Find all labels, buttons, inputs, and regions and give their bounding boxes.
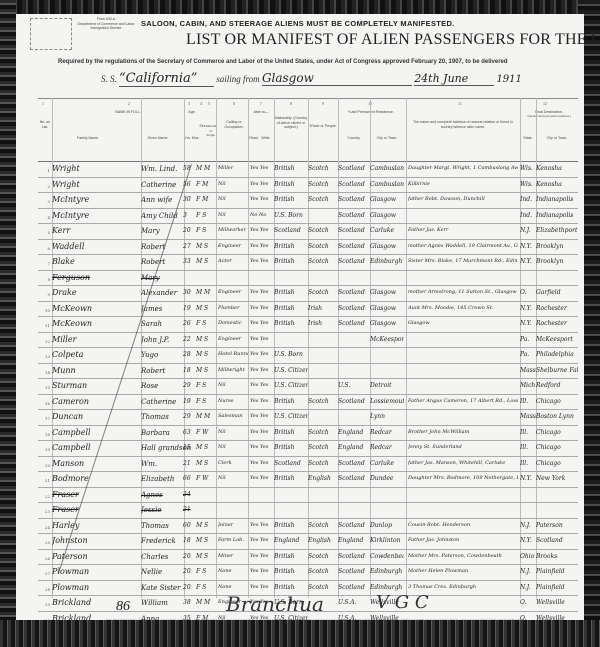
age: 3	[183, 212, 197, 219]
sex-status: M S	[196, 522, 212, 529]
header-dest-city: City or Town.	[536, 136, 578, 141]
age: 21	[183, 506, 197, 513]
occupation: Domestic	[218, 320, 248, 326]
family-name: Ferguson	[52, 273, 137, 282]
destination-city: Chicago	[536, 398, 578, 405]
table-row: 4 McIntyre Amy Child 3 F S Nil No No U.S…	[38, 209, 578, 225]
table-row: 5 Kerr Mary 20 F S Millworker Yes Yes Sc…	[38, 224, 578, 240]
race: Scotch	[308, 181, 338, 188]
age: 15	[183, 444, 197, 451]
row-number: 15	[38, 385, 50, 390]
residence-country: Scotland	[338, 553, 370, 560]
nationality: U.S. Born	[274, 212, 308, 219]
nationality: British	[274, 243, 308, 250]
destination-state: N.Y.	[520, 243, 536, 250]
row-number: 24	[38, 525, 50, 530]
table-row: 14 Munn Robert 18 M S Millwright Yes Yes…	[38, 364, 578, 380]
table-row: 18 Campbell Barbara 63 F W Nil Yes Yes B…	[38, 426, 578, 442]
header-write: Write.	[260, 136, 272, 141]
read-write: Yes Yes	[250, 320, 272, 326]
residence-city: Redcar	[370, 444, 404, 451]
age: 20	[183, 553, 197, 560]
ship-name: “California”	[119, 71, 214, 87]
header-family-name: Family Name.	[58, 136, 118, 141]
destination-state: Ind.	[520, 196, 536, 203]
family-name: Fraser	[52, 505, 137, 514]
given-name: Mary	[141, 274, 201, 282]
residence-country: Scotland	[338, 227, 370, 234]
residence-city: Kirklinton	[370, 537, 404, 544]
destination-state: N.Y.	[520, 258, 536, 265]
residence-country: Scotland	[338, 568, 370, 575]
family-name: Miller	[52, 335, 137, 344]
residence-country: Scotland	[338, 475, 370, 482]
destination-city: Philadelphia	[536, 351, 578, 358]
residence-city: Dundee	[370, 475, 404, 482]
family-name: Harley	[52, 521, 137, 530]
header-married: Married or Single.	[206, 124, 216, 138]
age: 18	[183, 537, 197, 544]
destination-state: Wis.	[520, 181, 536, 188]
residence-city: Glasgow	[370, 289, 404, 296]
read-write: Yes Yes	[250, 181, 272, 187]
race: Scotch	[308, 243, 338, 250]
header-race: †Race or People.	[308, 124, 338, 129]
destination-city: Rochester	[536, 305, 578, 312]
residence-city: Detroit	[370, 382, 404, 389]
residence-city: Cambuslang	[370, 181, 404, 188]
row-number: 13	[38, 354, 50, 359]
read-write: Yes Yes	[250, 568, 272, 574]
age: 22	[183, 336, 197, 343]
row-number: 10	[38, 308, 50, 313]
destination-state: Ind.	[520, 212, 536, 219]
table-row: 2 Wright Catherine 56 F M Nil Yes Yes Br…	[38, 178, 578, 194]
destination-city: Elizabethport	[536, 227, 578, 234]
row-number: 7	[38, 261, 50, 266]
header-name: NAME IN FULL.	[78, 110, 178, 115]
header-occupation: Calling or Occupation.	[220, 120, 248, 129]
read-write: Yes Yes	[250, 444, 272, 450]
family-name: Waddell	[52, 242, 137, 251]
row-number: 1	[38, 168, 50, 173]
age: 19	[183, 398, 197, 405]
header-final-destination: Final Destination.	[520, 110, 578, 115]
residence-city: Edinburgh	[370, 258, 404, 265]
read-write: Yes Yes	[250, 429, 272, 435]
table-row: 6 Waddell Robert 27 M S Engineer Yes Yes…	[38, 240, 578, 256]
age: 19	[183, 305, 197, 312]
residence-city: Carluke	[370, 460, 404, 467]
family-name: Johnston	[52, 536, 137, 545]
race: Scotch	[308, 553, 338, 560]
destination-city: Chicago	[536, 460, 578, 467]
row-number: 28	[38, 587, 50, 592]
read-write: Yes Yes	[250, 227, 272, 233]
residence-city: McKeesport	[370, 336, 404, 343]
row-number: 6	[38, 246, 50, 251]
destination-state: Wis.	[520, 165, 536, 172]
occupation: None	[218, 568, 248, 574]
header-read: Read.	[248, 136, 260, 141]
nearest-relative: father Jas. Manson, Whitehill, Carluke	[408, 460, 518, 466]
destination-state: N.Y.	[520, 320, 536, 327]
table-row: 12 Miller John J.P. 22 M S Engineer Yes …	[38, 333, 578, 349]
sex-status: M M	[196, 599, 212, 606]
row-number: 20	[38, 463, 50, 468]
table-row: 10 McKeown James 19 M S Plumber Yes Yes …	[38, 302, 578, 318]
race: English	[308, 475, 338, 482]
form-stamp-box	[30, 18, 72, 50]
residence-country: England	[338, 429, 370, 436]
destination-city: Brooks	[536, 553, 578, 560]
read-write: Yes Yes	[250, 584, 272, 590]
residence-city: Glasgow	[370, 212, 404, 219]
sex-status: F S	[196, 212, 212, 219]
residence-country: Scotland	[338, 305, 370, 312]
age: 21	[183, 460, 197, 467]
row-number: 21	[38, 478, 50, 483]
departure-port: Glasgow	[262, 71, 412, 86]
row-number: 11	[38, 323, 50, 328]
destination-state: Pa.	[520, 351, 536, 358]
nationality: British	[274, 165, 308, 172]
destination-state: Ill.	[520, 429, 536, 436]
nationality: British	[274, 181, 308, 188]
sex-status: F S	[196, 584, 212, 591]
race: Scotch	[308, 227, 338, 234]
read-write: Yes Yes	[250, 305, 272, 311]
row-number: 25	[38, 540, 50, 545]
table-row: 25 Johnston Frederick 18 M S Farm Lab. Y…	[38, 534, 578, 550]
residence-city: Glasgow	[370, 196, 404, 203]
occupation: Nil	[218, 475, 248, 481]
residence-country: England	[338, 444, 370, 451]
age: 63	[183, 429, 197, 436]
nearest-relative: Mother Helen Plowman	[408, 568, 518, 574]
race: Irish	[308, 305, 338, 312]
nationality: Scotland	[274, 227, 308, 234]
residence-country: Scotland	[338, 460, 370, 467]
destination-state: N.Y.	[520, 475, 536, 482]
family-name: Plowman	[52, 583, 137, 592]
read-write: Yes Yes	[250, 553, 272, 559]
form-id: Form 630-A Department of Commerce and La…	[71, 17, 141, 31]
nationality: U.S. Citizen	[274, 413, 308, 420]
sex-status: M S	[196, 336, 212, 343]
residence-country: U.S.A.	[338, 599, 370, 606]
nationality: British	[274, 522, 308, 529]
sex-status: M S	[196, 444, 212, 451]
residence-country: England	[338, 537, 370, 544]
sex-status: M S	[196, 243, 212, 250]
destination-state: Mass.	[520, 413, 536, 420]
residence-city: Edinburgh	[370, 584, 404, 591]
table-row: 7 Blake Robert 33 M S Actor Yes Yes Brit…	[38, 255, 578, 271]
destination-state: Ohio	[520, 553, 536, 560]
family-name: Colpeta	[52, 350, 137, 359]
race: Scotch	[308, 289, 338, 296]
table-row: 11 McKeown Sarah 26 F S Domestic Yes Yes…	[38, 317, 578, 333]
destination-state: O.	[520, 289, 536, 296]
sex-status: F S	[196, 398, 212, 405]
occupation: Joiner	[218, 522, 248, 528]
sex-status: M S	[196, 553, 212, 560]
family-name: Campbell	[52, 443, 137, 452]
destination-city: Kenosha	[536, 181, 578, 188]
table-row: 26 Paterson Charles 20 M S Miner Yes Yes…	[38, 550, 578, 566]
age: 24	[183, 491, 197, 498]
sex-status: F M	[196, 196, 212, 203]
occupation: Millwright	[218, 367, 248, 373]
residence-city: Glasgow	[370, 243, 404, 250]
row-number: 26	[38, 556, 50, 561]
residence-city: Cambuslang	[370, 165, 404, 172]
row-number: 22	[38, 494, 50, 499]
age: 20	[183, 568, 197, 575]
occupation: Engineer	[218, 289, 248, 295]
header-final-dest-note: (Intended future permanent residence.)	[520, 115, 578, 120]
residence-city: Glasgow	[370, 305, 404, 312]
nationality: British	[274, 568, 308, 575]
table-row: 8 Ferguson Mary	[38, 271, 578, 287]
voyage-line: S. S. “California” sailing from Glasgow …	[101, 71, 581, 89]
manifest-banner: SALOON, CABIN, AND STEERAGE ALIENS MUST …	[141, 19, 561, 28]
sex-status: F M	[196, 181, 212, 188]
row-number: 18	[38, 432, 50, 437]
table-row: 17 Duncan Thomas 29 M M Salesman Yes Yes…	[38, 410, 578, 426]
family-name: Drake	[52, 288, 137, 297]
nearest-relative: Daughter Margt. Wright, 1 Cambuslang Ave…	[408, 165, 518, 171]
occupation: Plumber	[218, 305, 248, 311]
row-number: 27	[38, 571, 50, 576]
residence-city: Lynn	[370, 413, 404, 420]
nationality: British	[274, 553, 308, 560]
sex-status: M M	[196, 289, 212, 296]
destination-city: Garfield	[536, 289, 578, 296]
inspector-initials: V G C	[376, 592, 429, 613]
scan-border-top	[0, 0, 600, 14]
header-nationality: Nationality. (Country of which citizen o…	[274, 116, 308, 130]
family-name: Plowman	[52, 567, 137, 576]
nearest-relative: Jenny St. Sunderland	[408, 444, 518, 450]
table-row: 3 McIntyre Ann wife 30 F M Nil Yes Yes B…	[38, 193, 578, 209]
header-city: City or Town.	[370, 136, 404, 141]
nearest-relative: Mother Mrs. Paterson, Cowdenbeath	[408, 553, 518, 559]
residence-city: Redcar	[370, 429, 404, 436]
age: 20	[183, 227, 197, 234]
occupation: Nil	[218, 212, 248, 218]
race: Scotch	[308, 258, 338, 265]
departure-year: 1911	[496, 74, 521, 85]
manifest-sheet: Form 630-A Department of Commerce and La…	[16, 14, 584, 622]
table-row: 20 Manson Wm. 21 M S Clerk Yes Yes Scotl…	[38, 457, 578, 473]
nearest-relative: Kilbirnie	[408, 181, 518, 187]
destination-city: Paterson	[536, 522, 578, 529]
sex-status: M S	[196, 367, 212, 374]
age: 60	[183, 522, 197, 529]
nearest-relative: Aunt Mrs. Moodie, 145 Crown St.	[408, 305, 518, 311]
read-write: No No	[250, 212, 272, 218]
family-name: Sturman	[52, 381, 137, 390]
sex-status: F S	[196, 568, 212, 575]
header-last-residence: *Last Permanent Residence.	[338, 110, 404, 115]
nationality: British	[274, 398, 308, 405]
destination-state: N.J.	[520, 568, 536, 575]
read-write: Yes Yes	[250, 258, 272, 264]
sheet-number: 86	[116, 599, 130, 615]
nationality: U.S. Born	[274, 351, 308, 358]
row-number: 8	[38, 277, 50, 282]
row-number: 17	[38, 416, 50, 421]
residence-country: Scotland	[338, 398, 370, 405]
nearest-relative: Father Jas. Johnston	[408, 537, 518, 543]
destination-city: Indianapolis	[536, 196, 578, 203]
occupation: Nil	[218, 444, 248, 450]
destination-city: McKeesport	[536, 336, 578, 343]
age: 33	[183, 258, 197, 265]
destination-city: Shelburne Falls	[536, 367, 578, 374]
occupation: Nurse	[218, 398, 248, 404]
destination-city: Redford	[536, 382, 578, 389]
destination-state: N.Y.	[520, 537, 536, 544]
family-name: Cameron	[52, 397, 137, 406]
header-age: Age.	[184, 110, 200, 115]
destination-state: N.Y.	[520, 305, 536, 312]
sex-status: M S	[196, 258, 212, 265]
header-relative: The name and complete address of nearest…	[408, 120, 518, 129]
occupation: Millworker	[218, 227, 248, 233]
occupation: Salesman	[218, 413, 248, 419]
read-write: Yes Yes	[250, 413, 272, 419]
read-write: Yes Yes	[250, 475, 272, 481]
destination-state: Ill.	[520, 398, 536, 405]
residence-country: Scotland	[338, 258, 370, 265]
family-name: Wright	[52, 180, 137, 189]
occupation: Nil	[218, 429, 248, 435]
destination-city: Wellsville	[536, 599, 578, 606]
table-row: 19 Campbell Hall grandson 15 M S Nil Yes…	[38, 441, 578, 457]
occupation: Clerk	[218, 460, 248, 466]
race: Scotch	[308, 429, 338, 436]
nearest-relative: 3 Thomas Cres. Edinburgh	[408, 584, 518, 590]
row-number: 19	[38, 447, 50, 452]
family-name: Campbell	[52, 428, 137, 437]
nationality: British	[274, 305, 308, 312]
table-row: 23 Fraser Jessie 21	[38, 503, 578, 519]
race: English	[308, 537, 338, 544]
family-name: Bodmore	[52, 474, 137, 483]
destination-state: Pa.	[520, 336, 536, 343]
family-name: Duncan	[52, 412, 137, 421]
read-write: Yes Yes	[250, 398, 272, 404]
table-row: 13 Colpeta Yugo 28 M S Hotel Runner Yes …	[38, 348, 578, 364]
destination-city: Brooklyn	[536, 258, 578, 265]
residence-city: Lossiemouth	[370, 398, 404, 405]
sex-status: M M	[196, 413, 212, 420]
age: 27	[183, 243, 197, 250]
residence-country: Scotland	[338, 212, 370, 219]
row-number: 9	[38, 292, 50, 297]
family-name: Fraser	[52, 490, 137, 499]
departure-date: 24th June	[414, 72, 494, 86]
nationality: British	[274, 258, 308, 265]
residence-city: Cowdenbeath	[370, 553, 404, 560]
race: Scotch	[308, 522, 338, 529]
page-subtitle: Required by the regulations of the Secre…	[58, 59, 588, 65]
residence-country: U.S.	[338, 382, 370, 389]
age: 29	[183, 382, 197, 389]
nationality: British	[274, 429, 308, 436]
occupation: Nil	[218, 181, 248, 187]
occupation: Hotel Runner	[218, 351, 248, 357]
residence-city: Glasgow	[370, 320, 404, 327]
age: 20	[183, 584, 197, 591]
header-country: Country.	[338, 136, 370, 141]
nationality: British	[274, 584, 308, 591]
age: 30	[183, 289, 197, 296]
nationality: British	[274, 444, 308, 451]
family-name: McIntyre	[52, 195, 137, 204]
destination-city: New York	[536, 475, 578, 482]
age: 30	[183, 196, 197, 203]
sex-status: M S	[196, 460, 212, 467]
nationality: British	[274, 289, 308, 296]
scan-border-bottom	[0, 620, 600, 647]
destination-state: Ill.	[520, 460, 536, 467]
header-no: No. on List.	[38, 120, 52, 129]
age: 38	[183, 599, 197, 606]
table-row: 24 Harley Thomas 60 M S Joiner Yes Yes B…	[38, 519, 578, 535]
family-name: McKeown	[52, 304, 137, 313]
family-name: McIntyre	[52, 211, 137, 220]
table-row: 22 Fraser Agnes 24	[38, 488, 578, 504]
nationality: British	[274, 320, 308, 327]
nearest-relative: Cousin Robt. Henderson	[408, 522, 518, 528]
race: Scotch	[308, 460, 338, 467]
race: Scotch	[308, 196, 338, 203]
age: 26	[183, 320, 197, 327]
header-yrs-mos: Yrs. Mos.	[184, 136, 200, 141]
scan-border-left	[0, 0, 16, 647]
race: Scotch	[308, 444, 338, 451]
row-number: 4	[38, 215, 50, 220]
destination-city: Scotland	[536, 537, 578, 544]
read-write: Yes Yes	[250, 336, 272, 342]
nationality: England	[274, 537, 308, 544]
occupation: Farm Lab.	[218, 537, 248, 543]
destination-city: Boston Lynn	[536, 413, 578, 420]
destination-state: N.J.	[520, 522, 536, 529]
occupation: Nil	[218, 196, 248, 202]
destination-city: Chicago	[536, 429, 578, 436]
occupation: Engineer	[218, 243, 248, 249]
read-write: Yes Yes	[250, 460, 272, 466]
table-row: 9 Drake Alexander 30 M M Engineer Yes Ye…	[38, 286, 578, 302]
residence-country: Scotland	[338, 522, 370, 529]
destination-state: O.	[520, 599, 536, 606]
nearest-relative: Daughter Mrs. Bodmore, 109 Nethergate, D…	[408, 475, 518, 481]
destination-state: N.J.	[520, 584, 536, 591]
destination-state: Mass.	[520, 367, 536, 374]
occupation: Miner	[218, 553, 248, 559]
table-row: 16 Cameron Catherine 19 F S Nurse Yes Ye…	[38, 395, 578, 411]
sex-status: M S	[196, 537, 212, 544]
read-write: Yes Yes	[250, 243, 272, 249]
inspector-signature: Branchua	[226, 592, 324, 616]
destination-city: Brooklyn	[536, 243, 578, 250]
occupation: Actor	[218, 258, 248, 264]
